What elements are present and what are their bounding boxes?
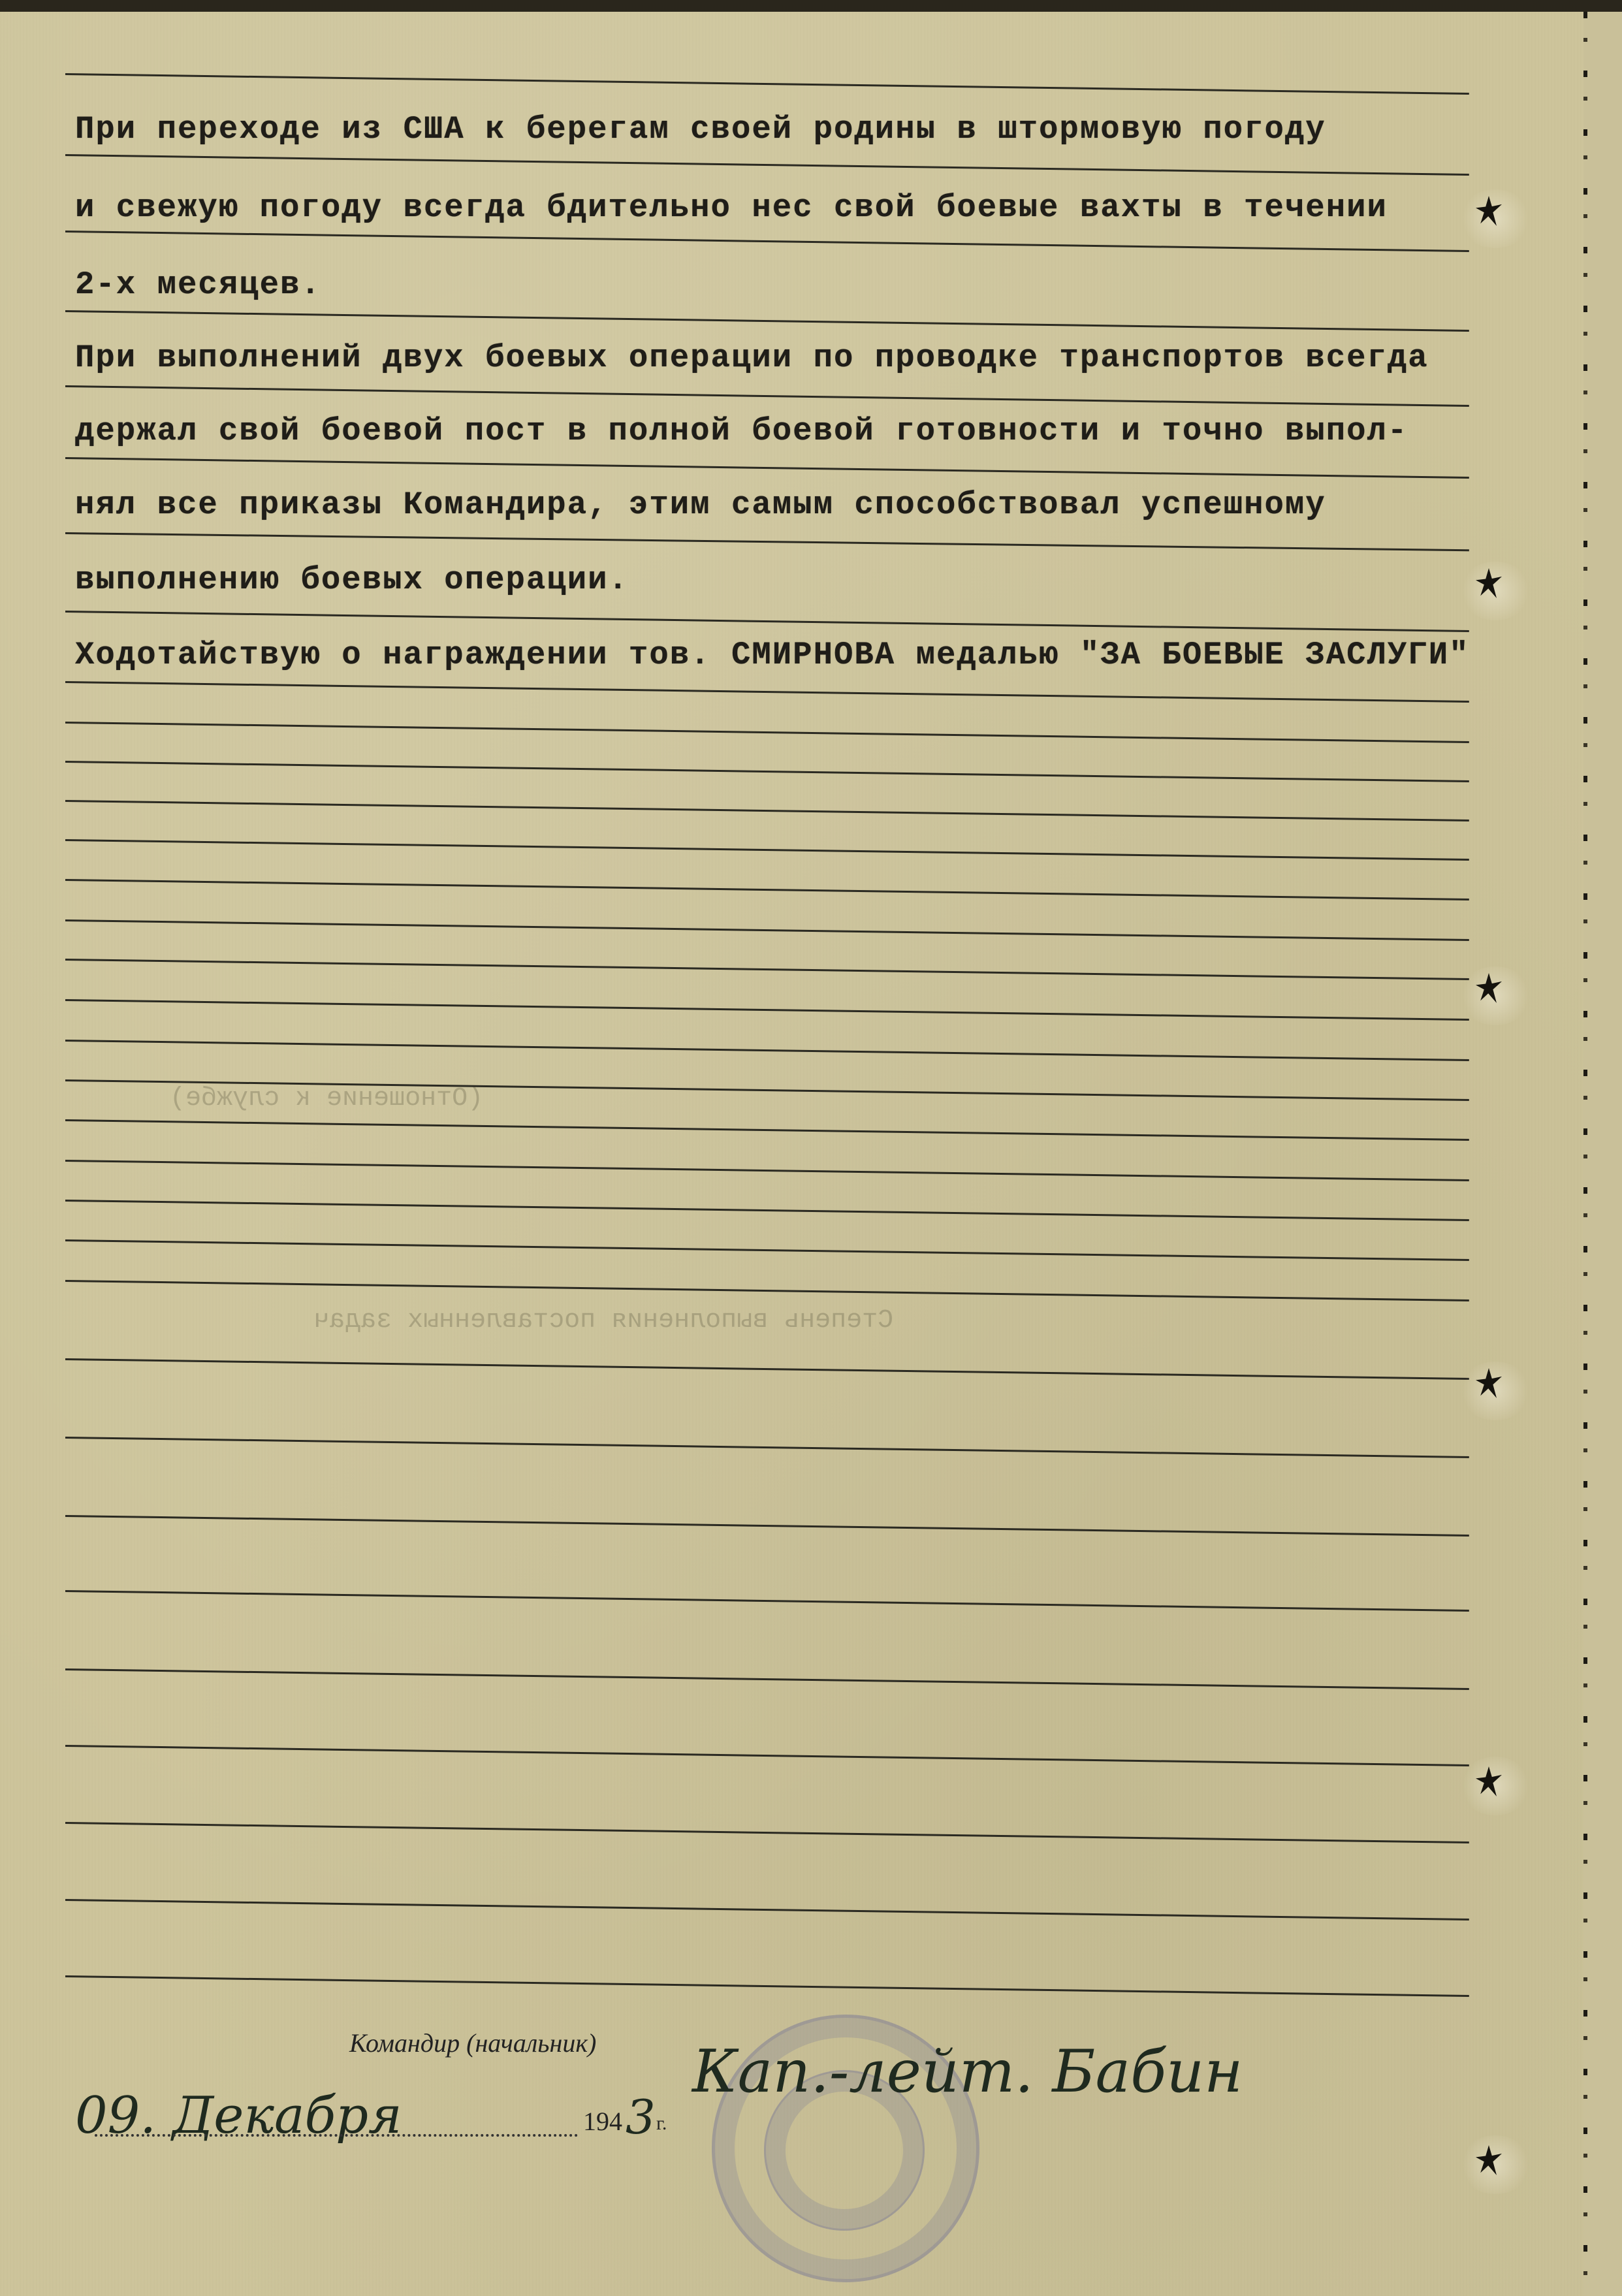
year-prefix: 194	[583, 2106, 622, 2137]
punch-hole-halo	[1459, 966, 1531, 1025]
typed-line-4: При выполнений двух боевых операции по п…	[75, 340, 1429, 376]
handwritten-year-digit: 3	[626, 2090, 656, 2145]
bleed-through-text: Степень выполнения поставленных задач	[313, 1306, 893, 1335]
bleed-through-text: (Отношение к службе)	[170, 1084, 483, 1113]
typed-line-1: При переходе из США к берегам своей роди…	[75, 111, 1326, 148]
commander-title-label: Командир (начальник)	[349, 2028, 596, 2058]
page-fold-line	[1583, 12, 1587, 2296]
typed-line-8: Ходотайствую о награждении тов. СМИРНОВА…	[75, 637, 1470, 673]
punch-hole-halo	[1459, 2135, 1531, 2194]
typed-line-3: 2-х месяцев.	[75, 266, 321, 303]
year-unit: г.	[656, 2113, 667, 2135]
punch-hole-halo	[1459, 562, 1531, 620]
punch-hole-halo	[1459, 1757, 1531, 1815]
punch-hole-halo	[1459, 189, 1531, 248]
date-dotted-line	[95, 2134, 578, 2137]
typed-line-5: держал свой боевой пост в полной боевой …	[75, 413, 1408, 449]
commander-signature: Кап.-лейт. Бабин	[692, 2037, 1243, 2106]
typed-line-2: и свежую погоду всегда бдительно нес сво…	[75, 189, 1388, 226]
page-fold-strip	[1583, 12, 1622, 2296]
typed-line-6: нял все приказы Командира, этим самым сп…	[75, 486, 1326, 523]
punch-hole-halo	[1459, 1362, 1531, 1420]
typed-line-7: выполнению боевых операции.	[75, 562, 629, 598]
